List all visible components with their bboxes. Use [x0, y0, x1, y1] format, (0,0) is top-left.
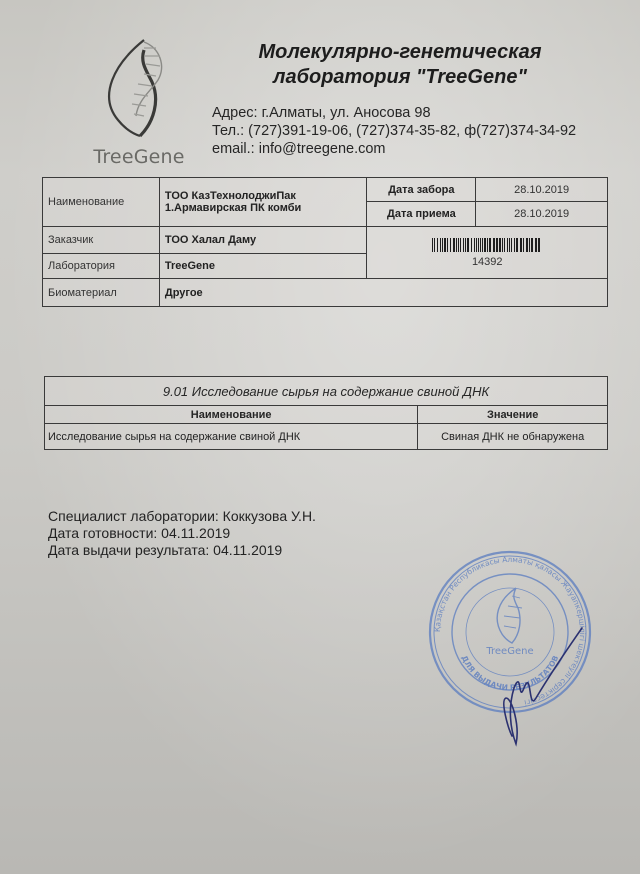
- customer-value: ТОО Халал Даму: [159, 227, 367, 254]
- result-name: Исследование сырья на содержание свиной …: [45, 424, 418, 450]
- research-results-table: 9.01 Исследование сырья на содержание св…: [44, 376, 608, 450]
- collection-date-label: Дата забора: [367, 178, 476, 202]
- barcode-cell: 14392: [367, 227, 608, 279]
- treegene-logo: TreeGene: [84, 34, 194, 174]
- phones: Тел.: (727)391-19-06, (727)374-35-82, ф(…: [212, 122, 576, 140]
- barcode-icon: [432, 238, 542, 252]
- result-value: Свиная ДНК не обнаружена: [418, 424, 608, 450]
- issue-date: Дата выдачи результата: 04.11.2019: [48, 542, 316, 559]
- name-value: ТОО КазТехнолоджиПак 1.Армавирская ПК ко…: [159, 178, 367, 227]
- biomaterial-label: Биоматериал: [43, 279, 160, 307]
- lab-label: Лаборатория: [43, 254, 160, 279]
- barcode-number: 14392: [372, 256, 602, 268]
- stamp-seal-icon: Қазақстан Республикасы Алматы қаласы Жау…: [428, 548, 598, 748]
- specialist: Специалист лаборатории: Коккузова У.Н.: [48, 508, 316, 525]
- reception-date-label: Дата приема: [367, 202, 476, 227]
- name-label: Наименование: [43, 178, 160, 227]
- lab-value: TreeGene: [159, 254, 367, 279]
- collection-date-value: 28.10.2019: [476, 178, 608, 202]
- reception-date-value: 28.10.2019: [476, 202, 608, 227]
- signature-block: Специалист лаборатории: Коккузова У.Н. Д…: [48, 508, 316, 559]
- contact-block: Адрес: г.Алматы, ул. Аносова 98 Тел.: (7…: [212, 104, 576, 158]
- table-row: Исследование сырья на содержание свиной …: [45, 424, 608, 450]
- title-line-1: Молекулярно-генетическая: [200, 40, 600, 65]
- svg-text:ДЛЯ ВЫДАЧИ РЕЗУЛЬТАТОВ: ДЛЯ ВЫДАЧИ РЕЗУЛЬТАТОВ: [460, 654, 561, 692]
- col-header-name: Наименование: [45, 406, 418, 424]
- dna-leaf-icon: [94, 34, 184, 146]
- lab-title: Молекулярно-генетическая лаборатория "Tr…: [200, 40, 600, 90]
- stamp-center-text: TreeGene: [485, 646, 533, 657]
- title-line-2: лаборатория "TreeGene": [200, 65, 600, 90]
- address: Адрес: г.Алматы, ул. Аносова 98: [212, 104, 576, 122]
- customer-label: Заказчик: [43, 227, 160, 254]
- biomaterial-value: Другое: [159, 279, 607, 307]
- name-value-line-2: 1.Армавирская ПК комби: [165, 202, 362, 214]
- research-title: 9.01 Исследование сырья на содержание св…: [45, 377, 608, 406]
- name-value-line-1: ТОО КазТехнолоджиПак: [165, 190, 362, 202]
- email: email.: info@treegene.com: [212, 140, 576, 158]
- col-header-value: Значение: [418, 406, 608, 424]
- ready-date: Дата готовности: 04.11.2019: [48, 525, 316, 542]
- official-stamp: Қазақстан Республикасы Алматы қаласы Жау…: [428, 548, 598, 748]
- sample-info-table: Наименование ТОО КазТехнолоджиПак 1.Арма…: [42, 177, 608, 307]
- logo-text: TreeGene: [84, 146, 194, 168]
